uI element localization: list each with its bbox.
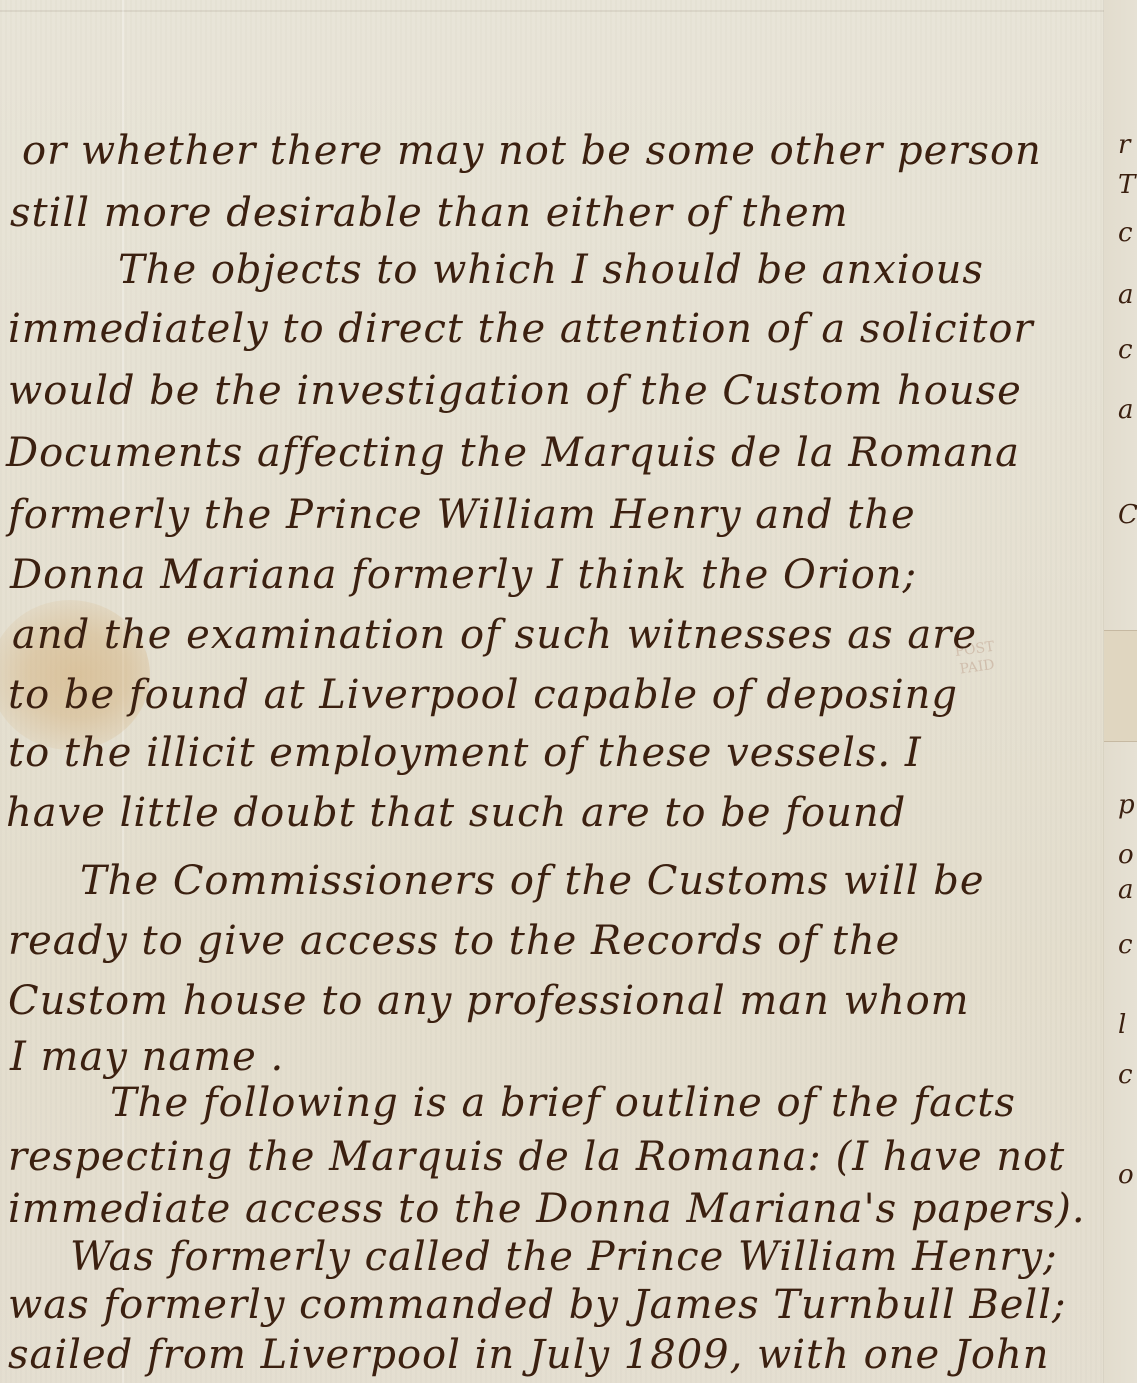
handwritten-line: The Commissioners of the Customs will be <box>80 858 985 904</box>
margin-fragment: p <box>1118 790 1135 820</box>
handwritten-line: Was formerly called the Prince William H… <box>70 1234 1058 1280</box>
margin-fragment: a <box>1118 875 1134 905</box>
margin-fragment: T <box>1118 170 1135 200</box>
margin-fragment: l <box>1118 1010 1126 1040</box>
handwritten-line: I may name . <box>10 1034 284 1080</box>
margin-fragment: o <box>1118 1160 1134 1190</box>
handwritten-line: would be the investigation of the Custom… <box>8 368 1022 414</box>
margin-fragment: a <box>1118 280 1134 310</box>
handwritten-line: still more desirable than either of them <box>10 190 849 236</box>
handwritten-line: was formerly commanded by James Turnbull… <box>8 1282 1066 1328</box>
manuscript-page: POST PAID or whether there may not be so… <box>0 0 1137 1383</box>
handwritten-line: to be found at Liverpool capable of depo… <box>8 672 958 718</box>
margin-fragment: c <box>1118 1060 1133 1090</box>
handwritten-line: The objects to which I should be anxious <box>118 247 984 293</box>
margin-fragment: c <box>1118 335 1133 365</box>
handwritten-line: Documents affecting the Marquis de la Ro… <box>6 430 1020 476</box>
handwritten-line: or whether there may not be some other p… <box>22 128 1042 174</box>
handwritten-line: Custom house to any professional man who… <box>8 978 970 1024</box>
handwritten-line: immediate access to the Donna Mariana's … <box>8 1186 1086 1232</box>
margin-fragment: c <box>1118 930 1133 960</box>
handwritten-line: respecting the Marquis de la Romana: (I … <box>8 1134 1065 1180</box>
handwritten-line: immediately to direct the attention of a… <box>8 306 1034 352</box>
margin-fragment: c <box>1118 218 1133 248</box>
margin-fragment: a <box>1118 395 1134 425</box>
handwritten-line: The following is a brief outline of the … <box>110 1080 1016 1126</box>
margin-fragment: C <box>1118 500 1137 530</box>
handwritten-line: and the examination of such witnesses as… <box>12 612 977 658</box>
paper-fold-line <box>0 10 1137 12</box>
handwritten-line: have little doubt that such are to be fo… <box>6 790 906 836</box>
handwritten-line: ready to give access to the Records of t… <box>8 918 900 964</box>
handwritten-line: formerly the Prince William Henry and th… <box>8 492 916 538</box>
handwritten-line: to the illicit employment of these vesse… <box>8 730 922 776</box>
paper-flap <box>1104 630 1137 742</box>
margin-fragment: r <box>1118 130 1130 160</box>
margin-fragment: o <box>1118 840 1134 870</box>
handwritten-line: sailed from Liverpool in July 1809, with… <box>8 1332 1049 1378</box>
handwritten-line: Donna Mariana formerly I think the Orion… <box>10 552 917 598</box>
